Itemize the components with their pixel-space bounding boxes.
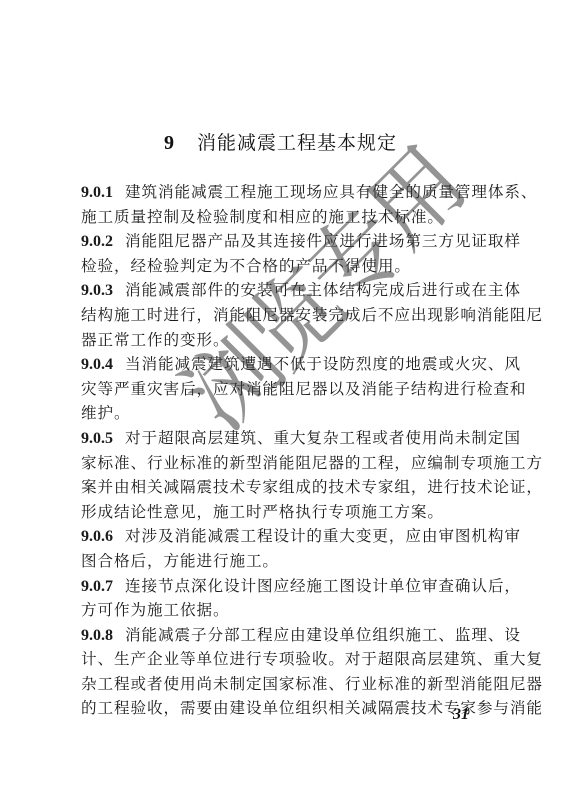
- clause-line-first: 9.0.3消能减震部件的安装可在主体结构完成后进行或在主体: [81, 278, 481, 303]
- clause-line: 图合格后，方能进行施工。: [81, 549, 481, 574]
- clause-line: 形成结论性意见，施工时严格执行专项施工方案。: [81, 500, 481, 525]
- clause-text: 连接节点深化设计图应经施工图设计单位审查确认后，: [125, 577, 521, 595]
- clause-text: 消能减震部件的安装可在主体结构完成后进行或在主体: [125, 281, 521, 299]
- clause-text: 的工程验收，需要由建设单位组织相关减隔震技术专家参与消能: [81, 699, 543, 717]
- clause-text: 计、生产企业等单位进行专项验收。对于超限高层建筑、重大复: [81, 650, 543, 668]
- clause-number: 9.0.2: [81, 233, 113, 250]
- clause-line-first: 9.0.1建筑消能减震工程施工现场应具有健全的质量管理体系、: [81, 180, 481, 205]
- clause-line: 杂工程或者使用尚未制定国家标准、行业标准的新型消能阻尼器: [81, 672, 481, 697]
- clause-text: 消能阻尼器产品及其连接件应进行进场第三方见证取样: [125, 232, 521, 250]
- chapter-title: 9消能减震工程基本规定: [0, 128, 561, 155]
- body-text: 9.0.1建筑消能减震工程施工现场应具有健全的质量管理体系、施工质量控制及检验制…: [81, 180, 481, 721]
- page-number: 31: [453, 706, 469, 724]
- document-page: 9消能减震工程基本规定 9.0.1建筑消能减震工程施工现场应具有健全的质量管理体…: [0, 0, 561, 804]
- clause-text: 维护。: [81, 404, 130, 422]
- clause-line: 案并由相关减隔震技术专家组成的技术专家组，进行技术论证，: [81, 475, 481, 500]
- clause-text: 建筑消能减震工程施工现场应具有健全的质量管理体系、: [125, 183, 537, 201]
- clause-line: 施工质量控制及检验制度和相应的施工技术标准。: [81, 205, 481, 230]
- clause-text: 结构施工时进行，消能阻尼器安装完成后不应出现影响消能阻尼: [81, 306, 543, 324]
- clause-text: 施工质量控制及检验制度和相应的施工技术标准。: [81, 208, 444, 226]
- clause-text: 消能减震子分部工程应由建设单位组织施工、监理、设: [125, 626, 521, 644]
- clause-line: 灾等严重灾害后，应对消能阻尼器以及消能子结构进行检查和: [81, 377, 481, 402]
- clause-text: 对涉及消能减震工程设计的重大变更，应由审图机构审: [125, 527, 521, 545]
- clause-number: 9.0.1: [81, 184, 113, 201]
- clause-number: 9.0.7: [81, 578, 113, 595]
- clause-line-first: 9.0.7连接节点深化设计图应经施工图设计单位审查确认后，: [81, 574, 481, 599]
- clause-line: 器正常工作的变形。: [81, 328, 481, 353]
- clause-text: 方可作为施工依据。: [81, 601, 229, 619]
- clause-line: 方可作为施工依据。: [81, 598, 481, 623]
- chapter-number: 9: [164, 132, 175, 154]
- clause-text: 形成结论性意见，施工时严格执行专项施工方案。: [81, 503, 444, 521]
- clause-number: 9.0.6: [81, 528, 113, 545]
- clause-line-first: 9.0.5对于超限高层建筑、重大复杂工程或者使用尚未制定国: [81, 426, 481, 451]
- clause-line: 结构施工时进行，消能阻尼器安装完成后不应出现影响消能阻尼: [81, 303, 481, 328]
- clause-text: 杂工程或者使用尚未制定国家标准、行业标准的新型消能阻尼器: [81, 675, 543, 693]
- clause-line-first: 9.0.2消能阻尼器产品及其连接件应进行进场第三方见证取样: [81, 229, 481, 254]
- clause-line-first: 9.0.4当消能减震建筑遭遇不低于设防烈度的地震或火灾、风: [81, 352, 481, 377]
- clause-line: 家标准、行业标准的新型消能阻尼器的工程，应编制专项施工方: [81, 451, 481, 476]
- clause-text: 家标准、行业标准的新型消能阻尼器的工程，应编制专项施工方: [81, 454, 543, 472]
- clause-text: 对于超限高层建筑、重大复杂工程或者使用尚未制定国: [125, 429, 521, 447]
- clause-text: 灾等严重灾害后，应对消能阻尼器以及消能子结构进行检查和: [81, 380, 526, 398]
- clause-text: 图合格后，方能进行施工。: [81, 552, 279, 570]
- clause-line: 维护。: [81, 401, 481, 426]
- clause-line-first: 9.0.6对涉及消能减震工程设计的重大变更，应由审图机构审: [81, 524, 481, 549]
- clause-text: 器正常工作的变形。: [81, 331, 229, 349]
- clause-number: 9.0.3: [81, 282, 113, 299]
- clause-line: 的工程验收，需要由建设单位组织相关减隔震技术专家参与消能: [81, 696, 481, 721]
- clause-text: 案并由相关减隔震技术专家组成的技术专家组，进行技术论证，: [81, 478, 543, 496]
- clause-number: 9.0.8: [81, 627, 113, 644]
- clause-line-first: 9.0.8消能减震子分部工程应由建设单位组织施工、监理、设: [81, 623, 481, 648]
- clause-line: 计、生产企业等单位进行专项验收。对于超限高层建筑、重大复: [81, 647, 481, 672]
- chapter-title-text: 消能减震工程基本规定: [197, 132, 397, 154]
- clause-number: 9.0.5: [81, 430, 113, 447]
- clause-text: 检验，经检验判定为不合格的产品不得使用。: [81, 257, 411, 275]
- clause-line: 检验，经检验判定为不合格的产品不得使用。: [81, 254, 481, 279]
- clause-number: 9.0.4: [81, 356, 113, 373]
- clause-text: 当消能减震建筑遭遇不低于设防烈度的地震或火灾、风: [125, 355, 521, 373]
